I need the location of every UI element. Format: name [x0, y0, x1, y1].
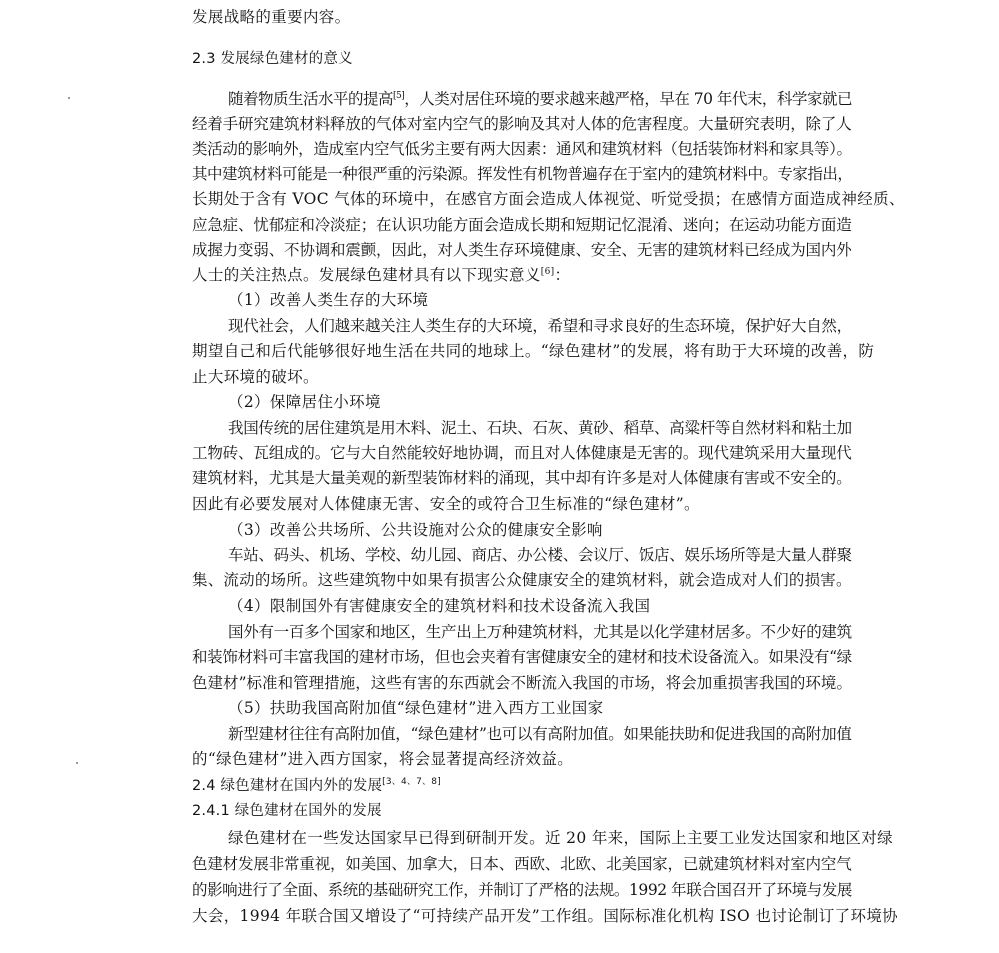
text-line: 大会，1994 年联合国又增设了“可持续产品开发”工作组。国际标准化机构 ISO… — [192, 906, 852, 926]
text-line: 色建材”标准和管理措施，这些有害的东西就会不断流入我国的市场，将会加重损害我国的… — [192, 673, 852, 693]
line-text: （5）扶助我国高附加值“绿色建材”进入西方工业国家 — [228, 699, 603, 717]
citation-reference: [6] — [541, 267, 555, 277]
line-text: 集、流动的场所。这些建筑物中如果有损害公众健康安全的建筑材料，就会造成对人们的损… — [192, 571, 852, 589]
line-text: 2.4.1 绿色建材在国外的发展 — [192, 803, 382, 819]
line-text: 绿色建材在一些发达国家早已得到研制开发。近 20 年来，国际上主要工业发达国家和… — [228, 829, 893, 847]
line-text: （3）改善公共场所、公共设施对公众的健康安全影响 — [228, 521, 603, 539]
line-text: 大会，1994 年联合国又增设了“可持续产品开发”工作组。国际标准化机构 ISO… — [192, 907, 898, 925]
line-text: 随着物质生活水平的提高 — [228, 90, 393, 108]
line-text: 国外有一百多个国家和地区，生产出上万种建筑材料，尤其是以化学建材居多。不少好的建… — [228, 623, 852, 641]
text-line: 的“绿色建材”进入西方国家，将会显著提高经济效益。 — [192, 749, 852, 769]
text-line: 国外有一百多个国家和地区，生产出上万种建筑材料，尤其是以化学建材居多。不少好的建… — [228, 622, 852, 642]
text-line: 因此有必要发展对人体健康无害、安全的或符合卫生标准的“绿色建材”。 — [192, 494, 852, 514]
line-text-continued: ，人类对居住环境的要求越来越严格，早在 70 年代末，科学家就已 — [404, 90, 852, 108]
line-text: 工物砖、瓦组成的。它与大自然能较好地协调，而且对人体健康是无害的。现代建筑采用大… — [192, 444, 852, 462]
line-text: 人士的关注热点。发展绿色建材具有以下现实意义 — [192, 266, 541, 284]
list-item-heading: （2）保障居住小环境 — [228, 392, 888, 412]
line-text-continued: ： — [555, 266, 571, 284]
line-text: 现代社会，人们越来越关注人类生存的大环境，希望和寻求良好的生态环境，保护好大自然… — [228, 317, 852, 335]
text-line: 绿色建材在一些发达国家早已得到研制开发。近 20 年来，国际上主要工业发达国家和… — [228, 828, 852, 848]
line-text: 长期处于含有 VOC 气体的环境中，在感官方面会造成人体视觉、听觉受损；在感情方… — [192, 190, 905, 208]
line-text: 其中建筑材料可能是一种很严重的污染源。挥发性有机物普遍存在于室内的建筑材料中。专… — [192, 165, 852, 183]
scan-speck — [68, 97, 70, 99]
line-text: 应急症、忧郁症和冷淡症；在认识功能方面会造成长期和短期记忆混淆、迷向；在运动功能… — [192, 216, 852, 234]
text-line: 建筑材料，尤其是大量美观的新型装饰材料的涌现，其中却有许多是对人体健康有害或不安… — [192, 468, 852, 488]
text-line: 应急症、忧郁症和冷淡症；在认识功能方面会造成长期和短期记忆混淆、迷向；在运动功能… — [192, 215, 852, 235]
line-text: 类活动的影响外，造成室内空气低劣主要有两大因素：通风和建筑材料（包括装饰材料和家… — [192, 140, 852, 158]
line-text: （2）保障居住小环境 — [228, 393, 381, 411]
text-line: 类活动的影响外，造成室内空气低劣主要有两大因素：通风和建筑材料（包括装饰材料和家… — [192, 139, 852, 159]
line-text: 和装饰材料可丰富我国的建材市场，但也会夹着有害健康安全的建材和技术设备流入。如果… — [192, 648, 852, 666]
text-line: 工物砖、瓦组成的。它与大自然能较好地协调，而且对人体健康是无害的。现代建筑采用大… — [192, 443, 852, 463]
line-text: 色建材”标准和管理措施，这些有害的东西就会不断流入我国的市场，将会加重损害我国的… — [192, 674, 852, 692]
line-text: 经着手研究建筑材料释放的气体对室内空气的影响及其对人体的危害程度。大量研究表明，… — [192, 115, 852, 133]
line-text: 的“绿色建材”进入西方国家，将会显著提高经济效益。 — [192, 750, 573, 768]
line-text: 2.4 绿色建材在国内外的发展 — [192, 778, 382, 794]
line-text: （1）改善人类生存的大环境 — [228, 291, 428, 309]
text-line: 其中建筑材料可能是一种很严重的污染源。挥发性有机物普遍存在于室内的建筑材料中。专… — [192, 164, 852, 184]
text-line: 长期处于含有 VOC 气体的环境中，在感官方面会造成人体视觉、听觉受损；在感情方… — [192, 189, 852, 209]
text-line: 色建材发展非常重视，如美国、加拿大，日本、西欧、北欧、北美国家，已就建筑材料对室… — [192, 854, 852, 874]
scan-speck — [76, 762, 78, 764]
text-line: 人士的关注热点。发展绿色建材具有以下现实意义[6]： — [192, 265, 852, 285]
text-line: 新型建材往往有高附加值，“绿色建材”也可以有高附加值。如果能扶助和促进我国的高附… — [228, 724, 852, 744]
scanned-document-page: 发展战略的重要内容。2.3 发展绿色建材的意义随着物质生活水平的提高[5]，人类… — [0, 0, 999, 953]
text-line: 集、流动的场所。这些建筑物中如果有损害公众健康安全的建筑材料，就会造成对人们的损… — [192, 570, 852, 590]
line-text: 期望自己和后代能够很好地生活在共同的地球上。“绿色建材”的发展，将有助于大环境的… — [192, 342, 874, 360]
text-line: 我国传统的居住建筑是用木料、泥土、石块、石灰、黄砂、稻草、高粱杆等自然材料和粘土… — [228, 418, 852, 438]
line-text: 2.3 发展绿色建材的意义 — [192, 51, 353, 67]
list-item-heading: （1）改善人类生存的大环境 — [228, 290, 888, 310]
line-text: 新型建材往往有高附加值，“绿色建材”也可以有高附加值。如果能扶助和促进我国的高附… — [228, 725, 852, 743]
line-text: 止大环境的破坏。 — [192, 368, 319, 386]
list-item-heading: （5）扶助我国高附加值“绿色建材”进入西方工业国家 — [228, 698, 888, 718]
line-text: 车站、码头、机场、学校、幼儿园、商店、办公楼、会议厅、饭店、娱乐场所等是大量人群… — [228, 546, 852, 564]
text-line: 现代社会，人们越来越关注人类生存的大环境，希望和寻求良好的生态环境，保护好大自然… — [228, 316, 852, 336]
line-text: 成握力变弱、不协调和震颤，因此，对人类生存环境健康、安全、无害的建筑材料已经成为… — [192, 241, 852, 259]
text-line: 随着物质生活水平的提高[5]，人类对居住环境的要求越来越严格，早在 70 年代末… — [228, 89, 852, 109]
section-heading: 2.4 绿色建材在国内外的发展[3、4、7、8] — [192, 776, 852, 796]
line-text: 建筑材料，尤其是大量美观的新型装饰材料的涌现，其中却有许多是对人体健康有害或不安… — [192, 469, 852, 487]
list-item-heading: （3）改善公共场所、公共设施对公众的健康安全影响 — [228, 520, 888, 540]
text-line: 车站、码头、机场、学校、幼儿园、商店、办公楼、会议厅、饭店、娱乐场所等是大量人群… — [228, 545, 852, 565]
list-item-heading: （4）限制国外有害健康安全的建筑材料和技术设备流入我国 — [228, 596, 888, 616]
section-heading: 2.3 发展绿色建材的意义 — [192, 49, 852, 69]
text-line: 成握力变弱、不协调和震颤，因此，对人类生存环境健康、安全、无害的建筑材料已经成为… — [192, 240, 852, 260]
text-line: 止大环境的破坏。 — [192, 367, 852, 387]
line-text: 发展战略的重要内容。 — [192, 8, 351, 26]
citation-reference: [5] — [393, 91, 404, 101]
section-heading: 2.4.1 绿色建材在国外的发展 — [192, 801, 852, 821]
line-text: 我国传统的居住建筑是用木料、泥土、石块、石灰、黄砂、稻草、高粱杆等自然材料和粘土… — [228, 419, 852, 437]
text-line: 经着手研究建筑材料释放的气体对室内空气的影响及其对人体的危害程度。大量研究表明，… — [192, 114, 852, 134]
citation-reference: [3、4、7、8] — [382, 777, 441, 787]
line-text: （4）限制国外有害健康安全的建筑材料和技术设备流入我国 — [228, 597, 650, 615]
line-text: 的影响进行了全面、系统的基础研究工作，并制订了严格的法规。1992 年联合国召开… — [192, 881, 852, 899]
text-line: 发展战略的重要内容。 — [192, 7, 852, 27]
line-text: 色建材发展非常重视，如美国、加拿大，日本、西欧、北欧、北美国家，已就建筑材料对室… — [192, 855, 852, 873]
text-line: 的影响进行了全面、系统的基础研究工作，并制订了严格的法规。1992 年联合国召开… — [192, 880, 852, 900]
text-line: 期望自己和后代能够很好地生活在共同的地球上。“绿色建材”的发展，将有助于大环境的… — [192, 341, 852, 361]
line-text: 因此有必要发展对人体健康无害、安全的或符合卫生标准的“绿色建材”。 — [192, 495, 700, 513]
text-line: 和装饰材料可丰富我国的建材市场，但也会夹着有害健康安全的建材和技术设备流入。如果… — [192, 647, 852, 667]
